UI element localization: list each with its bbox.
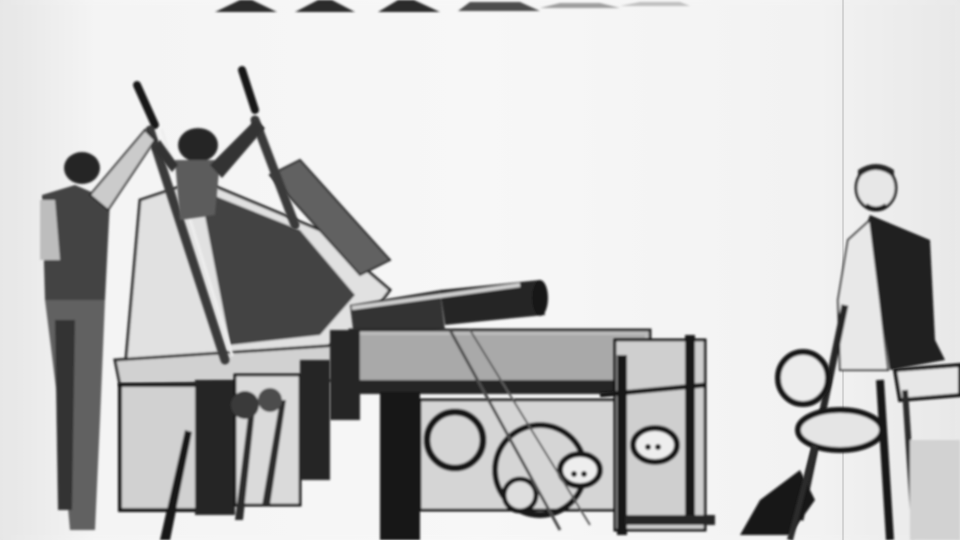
engraving-image: Vintage black-and-white engraving: two w… (0, 0, 960, 540)
illustration (0, 0, 960, 540)
